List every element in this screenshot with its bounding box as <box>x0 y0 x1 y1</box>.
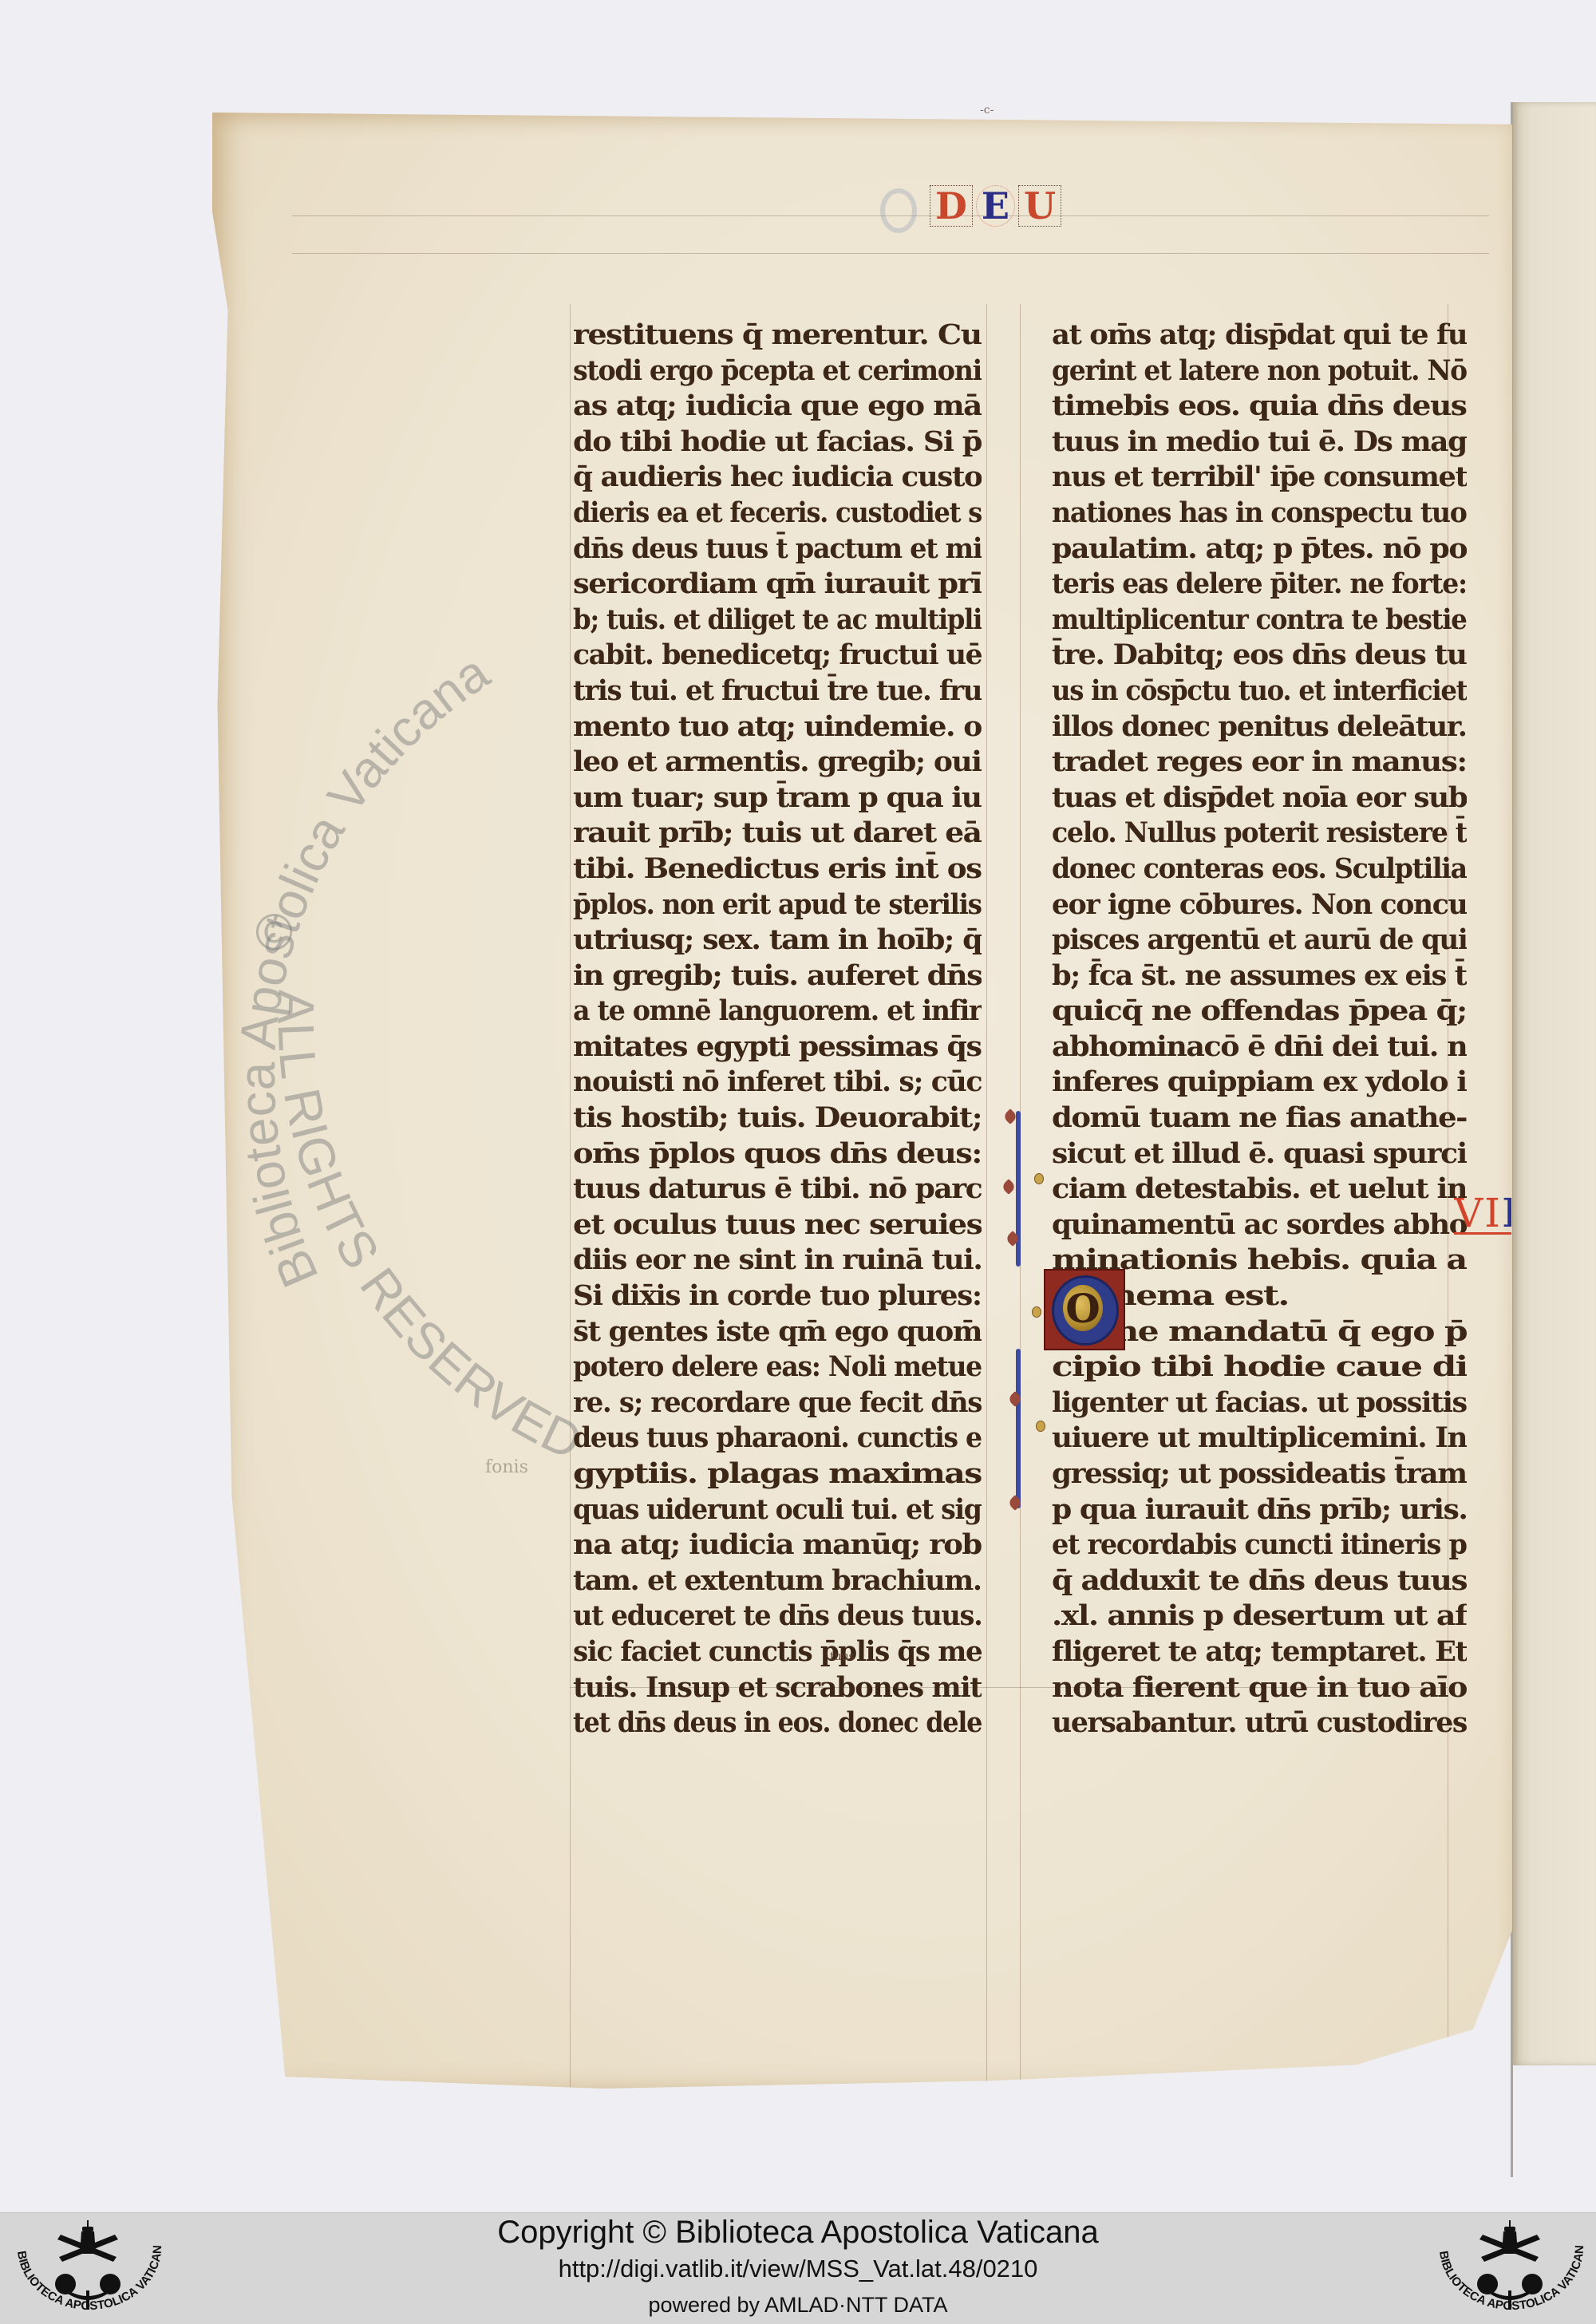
text-line-content: stodi ergo p̄cepta et cerimoni <box>573 354 982 389</box>
text-line: timebis eos. quia dn̄s deus <box>1052 389 1467 425</box>
facing-page-edge <box>1512 102 1596 2065</box>
running-head-letter: E <box>976 185 1015 227</box>
text-line-content: s̄t gentes iste qm̄ ego quom̄ <box>573 1314 982 1350</box>
text-line-content: illos donec penitus deleātur. <box>1052 709 1467 745</box>
text-line: fligeret te atq; temptaret. Et <box>1052 1634 1467 1670</box>
ruling-line <box>986 304 987 2140</box>
text-line: donec conteras eos. Sculptilia <box>1052 852 1467 887</box>
text-line: gressiq; ut possideatis t̄ram <box>1052 1456 1467 1492</box>
text-line: in gregib; tuis. auferet dn̄s <box>573 958 982 994</box>
text-line: sicut et illud ē. quasi spurci <box>1052 1136 1467 1172</box>
text-line-content: ut educeret te dn̄s deus tuus. <box>573 1599 982 1634</box>
text-line: sic faciet cunctis p̄plis q̄s me <box>573 1634 982 1670</box>
text-line-content: multiplicentur contra te bestie <box>1052 603 1467 638</box>
text-line: q̄ adduxit te dn̄s deus tuus <box>1052 1563 1467 1599</box>
text-line: utriusq; sex. tam in hoīb; q̄ <box>573 923 982 958</box>
text-line: Si dix̄is in corde tuo plures: <box>573 1279 982 1314</box>
text-line-content: tuis. Insup et scrabones mit <box>573 1670 982 1706</box>
text-line-content: tis hostib; tuis. Deuorabit; <box>573 1101 982 1136</box>
text-line: b; tuis. et diliget te ac multipli <box>573 603 982 638</box>
text-line-content: re. s; recordare que fecit dn̄s <box>573 1385 982 1421</box>
text-line-content: pisces argentū et aurū de qui <box>1052 923 1467 958</box>
text-line-content: donec conteras eos. Sculptilia <box>1052 852 1467 887</box>
text-line-content: tibi. Benedictus eris int̄ os <box>573 852 982 887</box>
text-line-content: q̄ adduxit te dn̄s deus tuus <box>1052 1563 1467 1599</box>
text-line: dieris ea et feceris. custodiet s <box>573 496 982 532</box>
text-line: abhominacō ē dn̄i dei tui. n <box>1052 1030 1467 1065</box>
text-line: rauit prīb; tuis ut daret eā <box>573 816 982 852</box>
text-line: domū tuam ne fias anathe- <box>1052 1101 1467 1136</box>
text-line-content: Si dix̄is in corde tuo plures: <box>573 1279 982 1314</box>
text-line-content: teris eas delere p̄iter. ne forte: <box>1052 567 1467 603</box>
text-line: illos donec penitus deleātur. <box>1052 709 1467 745</box>
powered-by: powered by AMLAD·NTT DATA <box>0 2293 1596 2318</box>
text-line-content: restituens q̄ merentur. Cu <box>573 318 982 354</box>
papal-arms-icon: BIBLIOTECA APOSTOLICA VATICANA <box>1427 2217 1594 2322</box>
text-line: inferes quippiam ex ydolo i <box>1052 1065 1467 1101</box>
text-line-content: deus tuus pharaoni. cunctis e <box>573 1421 982 1456</box>
running-head-letter: U <box>1018 185 1061 227</box>
text-line: gyptiis. plagas maximas <box>573 1456 982 1492</box>
text-line: tis hostib; tuis. Deuorabit; <box>573 1101 982 1136</box>
text-line: a te omnē languorem. et infir <box>573 994 982 1030</box>
text-line-content: sicut et illud ē. quasi spurci <box>1052 1136 1467 1172</box>
text-line: pisces argentū et aurū de qui <box>1052 923 1467 958</box>
text-line: as atq; iudicia que ego mā <box>573 389 982 425</box>
text-line: cipio tibi hodie caue di <box>1052 1350 1467 1385</box>
permalink-url[interactable]: http://digi.vatlib.it/view/MSS_Vat.lat.4… <box>0 2255 1596 2283</box>
text-line-content: gyptiis. plagas maximas <box>573 1456 982 1492</box>
text-line-content: quicq̄ ne offendas p̄pea q̄; <box>1052 994 1467 1030</box>
running-head: D E U <box>930 182 1113 230</box>
text-line-content: ciam detestabis. et uelut in <box>1052 1172 1467 1207</box>
text-line-content: us in cōsp̄ctu tuo. et interficiet <box>1052 674 1467 709</box>
text-line: quinamentū ac sordes abho <box>1052 1207 1467 1243</box>
text-line: tris tui. et fructui t̄re tue. fru <box>573 674 982 709</box>
text-line-content: nationes has in conspectu tuo <box>1052 496 1467 532</box>
footer-bar: Copyright © Biblioteca Apostolica Vatica… <box>0 2212 1596 2324</box>
papal-arms-icon: BIBLIOTECA APOSTOLICA VATICANA <box>5 2217 172 2322</box>
text-line-content: do tibi hodie ut facias. Si p̄ <box>573 425 982 460</box>
text-line-content: om̄s p̄plos quos dn̄s deus: <box>573 1136 982 1172</box>
text-line-content: tuus daturus ē tibi. nō parc <box>573 1172 982 1207</box>
text-line: tibi. Benedictus eris int̄ os <box>573 852 982 887</box>
text-line: leo et armentis. gregib; oui <box>573 745 982 781</box>
text-line-content: leo et armentis. gregib; oui <box>573 745 982 781</box>
text-line-content: dieris ea et feceris. custodiet s <box>573 496 982 532</box>
text-line-content: tet dn̄s deus in eos. donec dele <box>573 1705 982 1741</box>
text-line: paulatim. atq; p p̄tes. nō po <box>1052 532 1467 567</box>
text-line: om̄s p̄plos quos dn̄s deus: <box>573 1136 982 1172</box>
text-line-content: quas uiderunt oculi tui. et sig <box>573 1492 982 1528</box>
text-line-content: cipio tibi hodie caue di <box>1052 1350 1467 1385</box>
text-line: mento tuo atq; uindemie. o <box>573 709 982 745</box>
text-line-content: domū tuam ne fias anathe- <box>1052 1101 1467 1136</box>
text-line-content: dn̄s deus tuus t̄ pactum et mi <box>573 532 982 567</box>
bav-logo-right: BIBLIOTECA APOSTOLICA VATICANA <box>1427 2217 1594 2322</box>
text-line-content: in gregib; tuis. auferet dn̄s <box>573 958 982 994</box>
text-line-content: tradet reges eor in manus: <box>1052 745 1467 781</box>
text-line-content: celo. Nullus poterit resistere t̄ <box>1052 816 1467 852</box>
text-line: p qua iurauit dn̄s prīb; uris. <box>1052 1492 1467 1528</box>
text-line: p̄plos. non erit apud te sterilis <box>573 887 982 923</box>
text-line: celo. Nullus poterit resistere t̄ <box>1052 816 1467 852</box>
text-line-content: abhominacō ē dn̄i dei tui. n <box>1052 1030 1467 1065</box>
text-line: us in cōsp̄ctu tuo. et interficiet <box>1052 674 1467 709</box>
text-line-content: .xl. annis p desertum ut af <box>1052 1599 1467 1634</box>
text-line: eor igne cōbures. Non concu <box>1052 887 1467 923</box>
text-line-content: gerint et latere non potuit. Nō <box>1052 354 1467 389</box>
text-column-right: at om̄s atq; disp̄dat qui te fugerint et… <box>1052 318 1467 1741</box>
text-line-content: b; tuis. et diliget te ac multipli <box>573 603 982 638</box>
text-column-left: restituens q̄ merentur. Custodi ergo p̄c… <box>573 318 982 1741</box>
margin-note: fonis <box>485 1457 528 1477</box>
text-line: tuis. Insup et scrabones mit <box>573 1670 982 1706</box>
text-line: tam. et extentum brachium. <box>573 1563 982 1599</box>
text-line: na atq; iudicia manūq; rob <box>573 1528 982 1563</box>
text-line-content: uersabantur. utrū custodires <box>1052 1705 1467 1741</box>
text-line: nationes has in conspectu tuo <box>1052 496 1467 532</box>
ruling-line <box>292 253 1489 254</box>
text-line-content: fligeret te atq; temptaret. Et <box>1052 1634 1467 1670</box>
text-line-content: diis eor ne sint in ruinā tui. <box>573 1243 982 1279</box>
bav-logo-left: BIBLIOTECA APOSTOLICA VATICANA <box>5 2217 172 2322</box>
text-line-content: p̄plos. non erit apud te sterilis <box>573 887 982 923</box>
text-line-content: paulatim. atq; p p̄tes. nō po <box>1052 532 1467 567</box>
text-line: at om̄s atq; disp̄dat qui te fu <box>1052 318 1467 354</box>
text-line-content: q̄ audieris hec iudicia custo <box>573 460 982 496</box>
text-line-content: tuas et disp̄det noīa eor sub <box>1052 781 1467 816</box>
text-line: t̄re. Dabitq; eos dn̄s deus tu <box>1052 638 1467 674</box>
text-line-content: nota fierent que in tuo aīo <box>1052 1670 1467 1706</box>
text-line: tuus in medio tui ē. Ds mag <box>1052 425 1467 460</box>
illuminated-initial: O <box>1044 1269 1125 1350</box>
text-line-content: nus et terribil' ip̄e consumet <box>1052 460 1467 496</box>
text-line: ut educeret te dn̄s deus tuus. <box>573 1599 982 1634</box>
offset-ghost-letter <box>880 188 917 233</box>
vine-border <box>1016 1349 1021 1508</box>
text-line-content: gressiq; ut possideatis t̄ram <box>1052 1456 1467 1492</box>
text-line: tuas et disp̄det noīa eor sub <box>1052 781 1467 816</box>
text-line: multiplicentur contra te bestie <box>1052 603 1467 638</box>
text-line-content: sericordiam qm̄ iurauit prī <box>573 567 982 603</box>
text-line-content: tuus in medio tui ē. Ds mag <box>1052 425 1467 460</box>
chapter-number: VIII <box>1454 1197 1511 1235</box>
text-line-content: inferes quippiam ex ydolo i <box>1052 1065 1467 1101</box>
text-line-content: timebis eos. quia dn̄s deus <box>1052 389 1466 425</box>
text-line: s̄t gentes iste qm̄ ego quom̄ <box>573 1314 982 1350</box>
text-line-content: rauit prīb; tuis ut daret eā <box>573 816 982 852</box>
text-line: cabit. benedicetq; fructui uē <box>573 638 982 674</box>
gold-dot-icon <box>1032 1306 1041 1318</box>
text-line-content: cabit. benedicetq; fructui uē <box>573 638 982 674</box>
text-line: tet dn̄s deus in eos. donec dele <box>573 1705 982 1741</box>
text-line: nota fierent que in tuo aīo <box>1052 1670 1467 1706</box>
text-line: teris eas delere p̄iter. ne forte: <box>1052 567 1467 603</box>
text-line: gerint et latere non potuit. Nō <box>1052 354 1467 389</box>
text-line: et recordabis cuncti itineris p <box>1052 1528 1467 1563</box>
folio-mark: -c- <box>980 104 994 117</box>
text-line-content: as atq; iudicia que ego mā <box>573 389 982 425</box>
text-line: do tibi hodie ut facias. Si p̄ <box>573 425 982 460</box>
text-line-content: eor igne cōbures. Non concu <box>1052 887 1467 923</box>
text-line-content: p qua iurauit dn̄s prīb; uris. <box>1052 1492 1467 1528</box>
text-line: sericordiam qm̄ iurauit prī <box>573 567 982 603</box>
text-line-content: mento tuo atq; uindemie. o <box>573 709 982 745</box>
text-line-content: et oculus tuus nec seruies <box>573 1207 982 1243</box>
text-line: nus et terribil' ip̄e consumet <box>1052 460 1467 496</box>
text-line: nouisti nō inferet tibi. s; cūc <box>573 1065 982 1101</box>
text-line: re. s; recordare que fecit dn̄s <box>573 1385 982 1421</box>
text-line-content: b; f̄ca s̄t. ne assumes ex eis t̄ <box>1052 958 1467 994</box>
text-line-content: mitates egypti pessimas q̄s <box>573 1030 982 1065</box>
text-line: q̄ audieris hec iudicia custo <box>573 460 982 496</box>
text-line: potero delere eas: Noli metue <box>573 1350 982 1385</box>
interlinear-gloss: tuus <box>830 1650 855 1663</box>
text-line-content: uiuere ut multiplicemini. In <box>1052 1421 1467 1456</box>
text-line-content: na atq; iudicia manūq; rob <box>573 1528 982 1563</box>
vine-border <box>1016 1111 1021 1267</box>
text-line-content: t̄re. Dabitq; eos dn̄s deus tu <box>1052 638 1467 674</box>
text-line-content: at om̄s atq; disp̄dat qui te fu <box>1052 318 1467 354</box>
gold-dot-icon <box>1034 1173 1044 1184</box>
text-line: deus tuus pharaoni. cunctis e <box>573 1421 982 1456</box>
ruling-line <box>570 304 571 2140</box>
text-line: ciam detestabis. et uelut in <box>1052 1172 1467 1207</box>
text-line-content: sic faciet cunctis p̄plis q̄s me <box>573 1634 982 1670</box>
text-line-content: a te omnē languorem. et infir <box>573 994 982 1030</box>
text-line: quicq̄ ne offendas p̄pea q̄; <box>1052 994 1467 1030</box>
text-line: tradet reges eor in manus: <box>1052 745 1467 781</box>
text-line: dn̄s deus tuus t̄ pactum et mi <box>573 532 982 567</box>
text-line: stodi ergo p̄cepta et cerimoni <box>573 354 982 389</box>
text-line: mitates egypti pessimas q̄s <box>573 1030 982 1065</box>
text-line-content: utriusq; sex. tam in hoīb; q̄ <box>573 923 982 958</box>
text-line: et oculus tuus nec seruies <box>573 1207 982 1243</box>
text-line: um tuar; sup t̄ram p qua iu <box>573 781 982 816</box>
chapter-number-text: VIII <box>1454 1197 1511 1235</box>
running-head-letter: D <box>930 185 973 227</box>
text-line: .xl. annis p desertum ut af <box>1052 1599 1467 1634</box>
text-line-content: et recordabis cuncti itineris p <box>1052 1528 1467 1563</box>
text-line: quas uiderunt oculi tui. et sig <box>573 1492 982 1528</box>
text-line: ligenter ut facias. ut possitis <box>1052 1385 1467 1421</box>
text-line-content: um tuar; sup t̄ram p qua iu <box>573 781 982 816</box>
text-line-content: nouisti nō inferet tibi. s; cūc <box>573 1065 982 1101</box>
text-line-content: tam. et extentum brachium. <box>573 1563 982 1599</box>
initial-letter: O <box>1063 1285 1103 1331</box>
text-line-content: potero delere eas: Noli metue <box>573 1350 982 1385</box>
image-viewer[interactable]: -c- D E U Biblioteca Apostolica Vaticana… <box>0 0 1596 2212</box>
text-line: restituens q̄ merentur. Cu <box>573 318 982 354</box>
text-line: uiuere ut multiplicemini. In <box>1052 1421 1467 1456</box>
text-line: uersabantur. utrū custodires <box>1052 1705 1467 1741</box>
copyright-notice: Copyright © Biblioteca Apostolica Vatica… <box>0 2215 1596 2251</box>
text-line-content: tris tui. et fructui t̄re tue. fru <box>573 674 982 709</box>
text-line: diis eor ne sint in ruinā tui. <box>573 1243 982 1279</box>
text-line: b; f̄ca s̄t. ne assumes ex eis t̄ <box>1052 958 1467 994</box>
text-line-content: quinamentū ac sordes abho <box>1052 1207 1467 1243</box>
text-line-content: ligenter ut facias. ut possitis <box>1052 1385 1467 1421</box>
gold-dot-icon <box>1036 1421 1045 1432</box>
text-line: tuus daturus ē tibi. nō parc <box>573 1172 982 1207</box>
